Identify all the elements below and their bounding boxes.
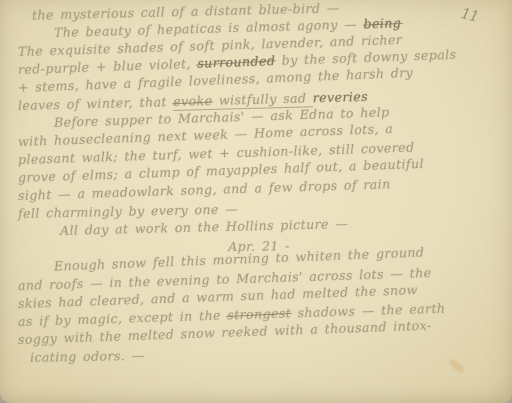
handwriting-segment: strongest xyxy=(227,305,291,322)
diary-page: 11 the mysterious call of a distant blue… xyxy=(0,0,512,403)
handwriting-lines: the mysterious call of a distant blue-bi… xyxy=(18,7,500,367)
handwriting-segment: icating odors. — xyxy=(30,348,145,365)
handwriting-segment: surrounded xyxy=(197,53,275,71)
handwriting-segment: being xyxy=(363,15,401,31)
handwriting-segment: reveries xyxy=(313,89,369,105)
